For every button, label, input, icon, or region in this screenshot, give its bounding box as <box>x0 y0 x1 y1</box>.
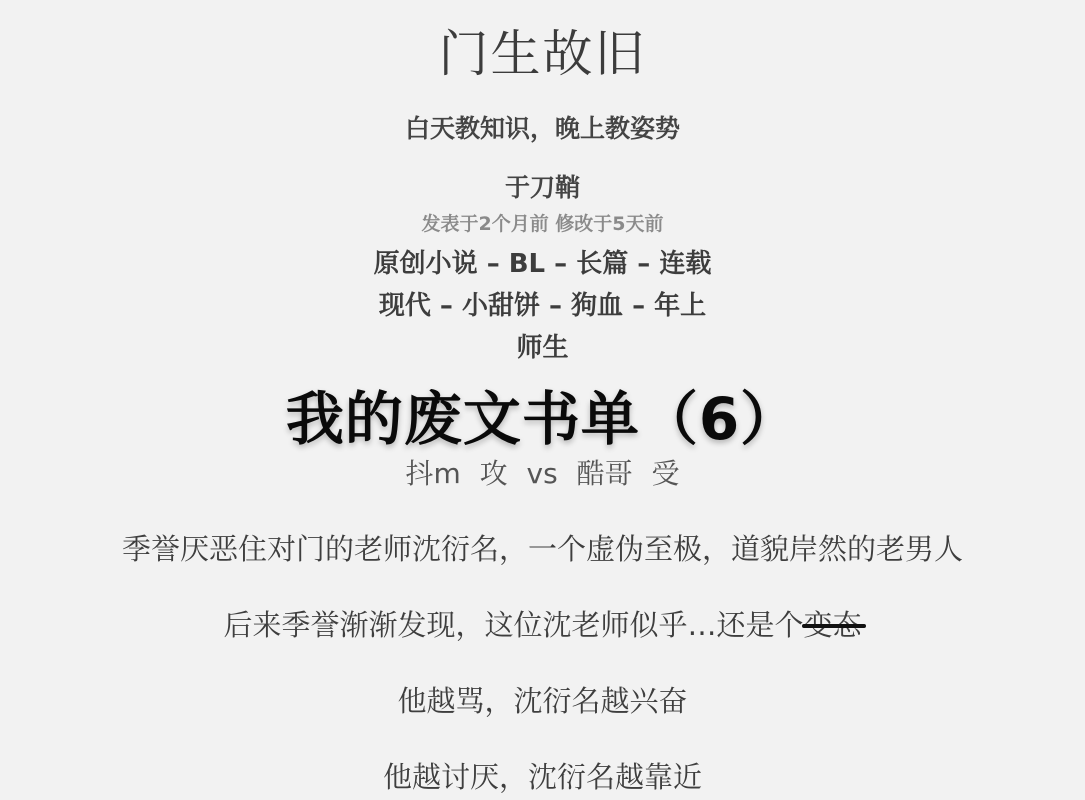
book-tagline: 白天教知识，晚上教姿势 <box>0 109 1085 145</box>
summary-text: 他越讨厌，沈衍名越靠近 <box>383 760 702 794</box>
summary-paragraph: 季誉厌恶住对门的老师沈衍名，一个虚伪至极，道貌岸然的老男人 <box>0 527 1085 568</box>
pairing-line: 抖m 攻 vs 酷哥 受 <box>0 452 1085 492</box>
tags-line-3: 师生 <box>0 327 1085 364</box>
summary-text: 后来季誉渐渐发现，这位沈老师似乎…还是个 <box>223 608 803 642</box>
summary-paragraph: 他越骂，沈衍名越兴奋 <box>0 679 1085 720</box>
book-title: 门生故旧 <box>0 14 1085 86</box>
tags-line-1: 原创小说 – BL – 长篇 – 连载 <box>0 243 1085 280</box>
publish-meta: 发表于2个月前 修改于5天前 <box>0 209 1085 236</box>
author-name[interactable]: 于刀鞘 <box>0 168 1085 204</box>
overlay-title: 我的废文书单（6） <box>0 372 1085 456</box>
summary-paragraph: 他越讨厌，沈衍名越靠近 <box>0 755 1085 796</box>
summary-paragraph: 后来季誉渐渐发现，这位沈老师似乎…还是个变态 <box>0 603 1085 644</box>
summary-text: 季誉厌恶住对门的老师沈衍名，一个虚伪至极，道貌岸然的老男人 <box>122 532 963 566</box>
struck-through-text: 变态 <box>804 603 862 644</box>
summary-text: 他越骂，沈衍名越兴奋 <box>397 684 687 718</box>
tags-line-2: 现代 – 小甜饼 – 狗血 – 年上 <box>0 285 1085 322</box>
